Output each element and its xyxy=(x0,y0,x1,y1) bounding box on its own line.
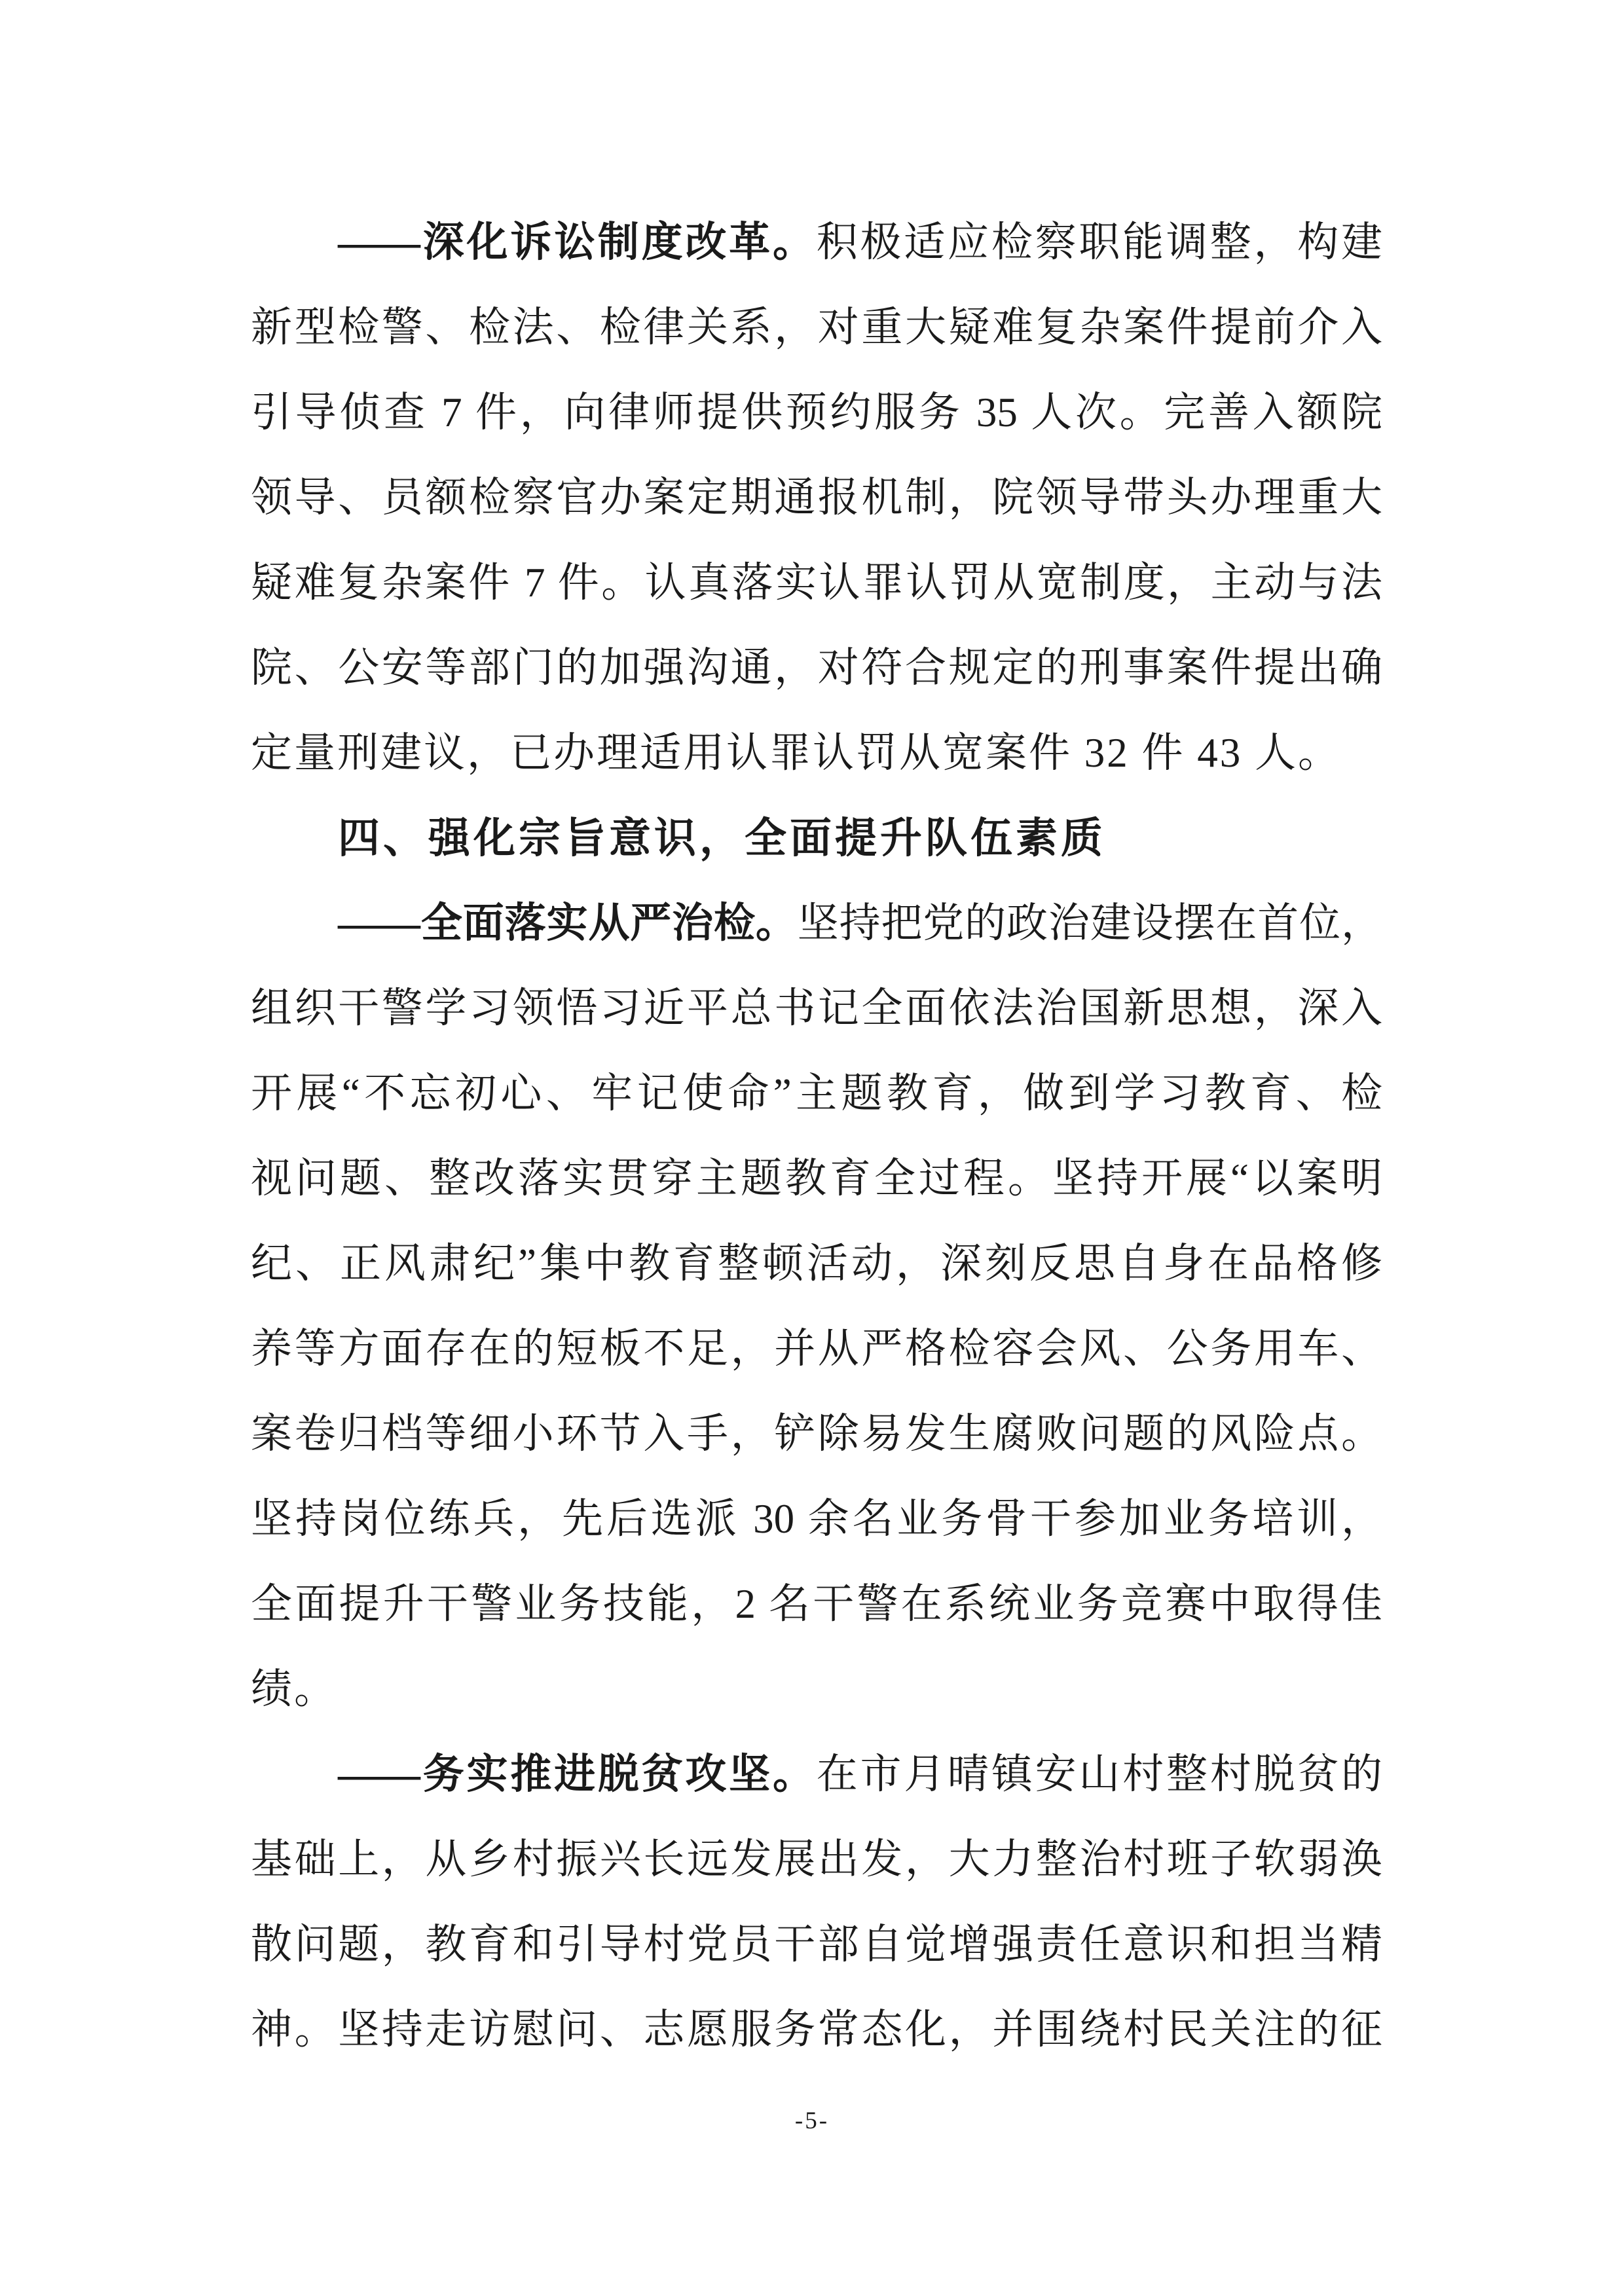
line-text: 基础上，从乡村振兴长远发展出发，大力整治村班子软弱涣 xyxy=(251,1836,1382,1882)
text-line: 院、公安等部门的加强沟通，对符合规定的刑事案件提出确 xyxy=(251,625,1382,710)
paragraph-lead: ——深化诉讼制度改革。 xyxy=(338,219,817,265)
line-text: 纪、正风肃纪”集中教育整顿活动，深刻反思自身在品格修 xyxy=(251,1241,1382,1286)
text-line: 全面提升干警业务技能，2 名干警在系统业务竞赛中取得佳 xyxy=(251,1561,1382,1647)
page-number: -5- xyxy=(795,2107,829,2135)
line-text: 院、公安等部门的加强沟通，对符合规定的刑事案件提出确 xyxy=(251,645,1382,691)
line-text: 全面提升干警业务技能，2 名干警在系统业务竞赛中取得佳 xyxy=(251,1581,1382,1627)
line-text: 坚持把党的政治建设摆在首位， xyxy=(798,900,1382,946)
line-text: 组织干警学习领悟习近平总书记全面依法治国新思想，深入 xyxy=(251,985,1382,1031)
text-line: 新型检警、检法、检律关系，对重大疑难复杂案件提前介入 xyxy=(251,285,1382,370)
heading-text: 四、强化宗旨意识，全面提升队伍素质 xyxy=(338,814,1106,862)
text-line: 开展“不忘初心、牢记使命”主题教育，做到学习教育、检 xyxy=(251,1051,1382,1136)
text-line: 定量刑建议，已办理适用认罪认罚从宽案件 32 件 43 人。 xyxy=(251,710,1382,795)
line-text: 坚持岗位练兵，先后选派 30 余名业务骨干参加业务培训， xyxy=(251,1496,1382,1542)
line-text: 定量刑建议，已办理适用认罪认罚从宽案件 32 件 43 人。 xyxy=(251,730,1341,776)
text-line: 坚持岗位练兵，先后选派 30 余名业务骨干参加业务培训， xyxy=(251,1476,1382,1561)
text-line: 纪、正风肃纪”集中教育整顿活动，深刻反思自身在品格修 xyxy=(251,1221,1382,1306)
line-text: 在市月晴镇安山村整村脱贫的 xyxy=(817,1751,1382,1797)
text-line: 领导、员额检察官办案定期通报机制，院领导带头办理重大 xyxy=(251,455,1382,540)
text-line: 散问题，教育和引导村党员干部自觉增强责任意识和担当精 xyxy=(251,1902,1382,1987)
document-body: ——深化诉讼制度改革。积极适应检察职能调整，构建 新型检警、检法、检律关系，对重… xyxy=(251,200,1382,2072)
line-text: 疑难复杂案件 7 件。认真落实认罪认罚从宽制度，主动与法 xyxy=(251,560,1382,606)
text-line: ——深化诉讼制度改革。积极适应检察职能调整，构建 xyxy=(251,200,1382,285)
line-text: 新型检警、检法、检律关系，对重大疑难复杂案件提前介入 xyxy=(251,304,1382,350)
text-line: 案卷归档等细小环节入手，铲除易发生腐败问题的风险点。 xyxy=(251,1391,1382,1476)
line-text: 积极适应检察职能调整，构建 xyxy=(817,219,1382,265)
paragraph-lead: ——务实推进脱贫攻坚。 xyxy=(338,1751,817,1797)
line-text: 案卷归档等细小环节入手，铲除易发生腐败问题的风险点。 xyxy=(251,1411,1382,1457)
text-line: 组织干警学习领悟习近平总书记全面依法治国新思想，深入 xyxy=(251,966,1382,1051)
line-text: 领导、员额检察官办案定期通报机制，院领导带头办理重大 xyxy=(251,475,1382,520)
line-text: 开展“不忘初心、牢记使命”主题教育，做到学习教育、检 xyxy=(251,1070,1382,1116)
section-heading: 四、强化宗旨意识，全面提升队伍素质 xyxy=(251,795,1382,881)
text-line: 视问题、整改落实贯穿主题教育全过程。坚持开展“以案明 xyxy=(251,1136,1382,1221)
line-text: 引导侦查 7 件，向律师提供预约服务 35 人次。完善入额院 xyxy=(251,390,1382,435)
line-text: 散问题，教育和引导村党员干部自觉增强责任意识和担当精 xyxy=(251,1922,1382,1967)
paragraph-lead: ——全面落实从严治检。 xyxy=(338,900,798,946)
line-text: 绩。 xyxy=(251,1666,337,1712)
text-line: 疑难复杂案件 7 件。认真落实认罪认罚从宽制度，主动与法 xyxy=(251,540,1382,625)
text-line: 神。坚持走访慰问、志愿服务常态化，并围绕村民关注的征 xyxy=(251,1987,1382,2072)
text-line: 基础上，从乡村振兴长远发展出发，大力整治村班子软弱涣 xyxy=(251,1817,1382,1902)
text-line: 绩。 xyxy=(251,1647,1382,1732)
line-text: 养等方面存在的短板不足，并从严格检容会风、公务用车、 xyxy=(251,1326,1382,1372)
line-text: 神。坚持走访慰问、志愿服务常态化，并围绕村民关注的征 xyxy=(251,2007,1382,2052)
scanned-document-page: ——深化诉讼制度改革。积极适应检察职能调整，构建 新型检警、检法、检律关系，对重… xyxy=(0,0,1624,2296)
text-line: 引导侦查 7 件，向律师提供预约服务 35 人次。完善入额院 xyxy=(251,370,1382,455)
line-text: 视问题、整改落实贯穿主题教育全过程。坚持开展“以案明 xyxy=(251,1156,1382,1201)
text-line: ——务实推进脱贫攻坚。在市月晴镇安山村整村脱贫的 xyxy=(251,1732,1382,1817)
text-line: 养等方面存在的短板不足，并从严格检容会风、公务用车、 xyxy=(251,1306,1382,1391)
text-line: ——全面落实从严治检。坚持把党的政治建设摆在首位， xyxy=(251,881,1382,966)
